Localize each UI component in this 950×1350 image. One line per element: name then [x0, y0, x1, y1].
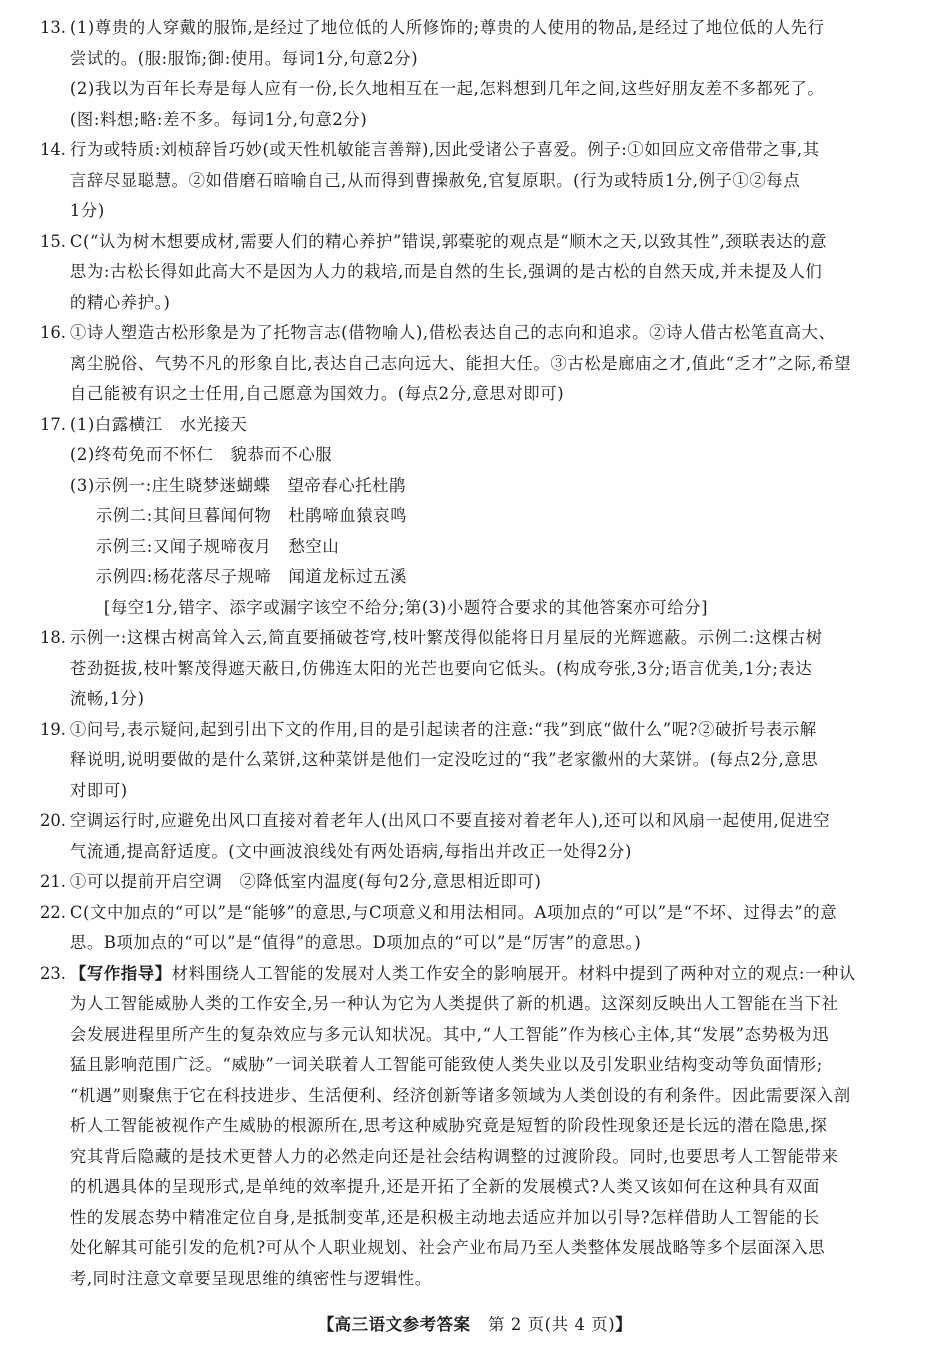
answer-text: 示例二:其间旦暮闻何物 杜鹃啼血猿哀鸣 — [96, 506, 407, 525]
answer-line: 19.①问号,表示疑问,起到引出下文的作用,目的是引起读者的注意:“我”到底“做… — [40, 715, 908, 746]
answer-line: 思。B项加点的“可以”是“值得”的意思。D项加点的“可以”是“厉害”的意思。) — [40, 928, 908, 959]
answer-line: (3)示例一:庄生晓梦迷蝴蝶 望帝春心托杜鹃 — [40, 471, 908, 502]
answer-text: 示例三:又闻子规啼夜月 愁空山 — [96, 537, 339, 556]
answer-line: 14.行为或特质:刘桢辞旨巧妙(或天性机敏能言善辩),因此受诸公子喜爱。例子:①… — [40, 135, 908, 166]
answer-text: 的机遇具体的呈现形式,是单纯的效率提升,还是开拓了全新的发展模式?人类又该如何在… — [70, 1177, 820, 1196]
answer-text: 究其背后隐藏的是技术更替人力的必然走向还是社会结构调整的过渡阶段。同时,也要思考… — [70, 1147, 839, 1166]
answer-line: 17.(1)白露横江 水光接天 — [40, 410, 908, 441]
answer-item: 14.行为或特质:刘桢辞旨巧妙(或天性机敏能言善辩),因此受诸公子喜爱。例子:①… — [40, 135, 910, 227]
answer-text: 处化解其可能引发的危机?可从个人职业规划、社会产业布局乃至人类整体发展战略等多个… — [70, 1238, 825, 1257]
answer-text: ①诗人塑造古松形象是为了托物言志(借物喻人),借松表达自己的志向和追求。②诗人借… — [70, 323, 836, 342]
answer-text: ①问号,表示疑问,起到引出下文的作用,目的是引起读者的注意:“我”到底“做什么”… — [70, 720, 817, 739]
answer-text: 会发展进程里所产生的复杂效应与多元认知状况。其中,“人工智能”作为核心主体,其“… — [70, 1025, 829, 1044]
question-number: 17. — [40, 410, 70, 441]
question-number: 18. — [40, 623, 70, 654]
answer-text: 对即可) — [70, 781, 128, 800]
answer-line: 离尘脱俗、气势不凡的形象自比,表达自己志向远大、能担大任。③古松是廊庙之才,值此… — [40, 349, 908, 380]
answer-text: 材料围绕人工智能的发展对人类工作安全的影响展开。材料中提到了两种对立的观点:一种… — [172, 964, 856, 983]
answer-line: 1分) — [40, 196, 908, 227]
answer-list: 13.(1)尊贵的人穿戴的服饰,是经过了地位低的人所修饰的;尊贵的人使用的物品,… — [40, 13, 910, 1294]
answer-item: 13.(1)尊贵的人穿戴的服饰,是经过了地位低的人所修饰的;尊贵的人使用的物品,… — [40, 13, 910, 135]
answer-line: 猛且影响范围广泛。“威胁”一词关联着人工智能可能致使人类失业以及引发职业结构变动… — [40, 1050, 908, 1081]
answer-text: 1分) — [70, 201, 105, 220]
answer-line: 考,同时注意文章要呈现思维的缜密性与逻辑性。 — [40, 1264, 908, 1295]
answer-text: “机遇”则聚焦于它在科技进步、生活便利、经济创新等诸多领域为人类创设的有利条件。… — [70, 1086, 851, 1105]
answer-text: C(文中加点的“可以”是“能够”的意思,与C项意义和用法相同。A项加点的“可以”… — [70, 903, 837, 922]
answer-text: ①可以提前开启空调 ②降低室内温度(每句2分,意思相近即可) — [70, 872, 542, 891]
answer-line: 的精心养护。) — [40, 288, 908, 319]
answer-line: 为人工智能威胁人类的工作安全,另一种认为它为人类提供了新的机遇。这深刻反映出人工… — [40, 989, 908, 1020]
answer-line: 言辞尽显聪慧。②如借磨石暗喻自己,从而得到曹操赦免,官复原职。(行为或特质1分,… — [40, 166, 908, 197]
answer-text: 猛且影响范围广泛。“威胁”一词关联着人工智能可能致使人类失业以及引发职业结构变动… — [70, 1055, 823, 1074]
answer-line: (2)终苟免而不怀仁 貌恭而不心服 — [40, 440, 908, 471]
answer-text: (1)尊贵的人穿戴的服饰,是经过了地位低的人所修饰的;尊贵的人使用的物品,是经过… — [70, 18, 825, 37]
answer-line: 21.①可以提前开启空调 ②降低室内温度(每句2分,意思相近即可) — [40, 867, 908, 898]
answer-text: 思为:古松长得如此高大不是因为人力的栽培,而是自然的生长,强调的是古松的自然天成… — [70, 262, 822, 281]
answer-line: [每空1分,错字、添字或漏字该空不给分;第(3)小题符合要求的其他答案亦可给分] — [40, 593, 908, 624]
answer-key-page: 13.(1)尊贵的人穿戴的服饰,是经过了地位低的人所修饰的;尊贵的人使用的物品,… — [0, 0, 950, 1350]
answer-line: 22.C(文中加点的“可以”是“能够”的意思,与C项意义和用法相同。A项加点的“… — [40, 898, 908, 929]
answer-text: 析人工智能被视作产生威胁的根源所在,思考这种威胁究竟是短暂的阶段性现象还是长远的… — [70, 1116, 827, 1135]
answer-item: 23.【写作指导】材料围绕人工智能的发展对人类工作安全的影响展开。材料中提到了两… — [40, 959, 910, 1295]
answer-item: 17.(1)白露横江 水光接天(2)终苟免而不怀仁 貌恭而不心服(3)示例一:庄… — [40, 410, 910, 624]
answer-item: 19.①问号,表示疑问,起到引出下文的作用,目的是引起读者的注意:“我”到底“做… — [40, 715, 910, 807]
answer-text: (2)终苟免而不怀仁 貌恭而不心服 — [70, 445, 332, 464]
answer-text: 释说明,说明要做的是什么菜饼,这种菜饼是他们一定没吃过的“我”老家徽州的大菜饼。… — [70, 750, 818, 769]
answer-line: 性的发展态势中精准定位自身,是抵制变革,还是积极主动地去适应并加以引导?怎样借助… — [40, 1203, 908, 1234]
answer-text: (2)我以为百年长寿是每人应有一份,长久地相互在一起,怎料想到几年之间,这些好朋… — [70, 79, 824, 98]
answer-text: 示例一:这棵古树高耸入云,简直要捅破苍穹,枝叶繁茂得似能将日月星辰的光辉遮蔽。示… — [70, 628, 823, 647]
answer-line: 对即可) — [40, 776, 908, 807]
answer-line: 示例三:又闻子规啼夜月 愁空山 — [40, 532, 908, 563]
answer-text: 尝试的。(服:服饰;御:使用。每词1分,句意2分) — [70, 49, 418, 68]
answer-line: 自己能被有识之士任用,自己愿意为国效力。(每点2分,意思对即可) — [40, 379, 908, 410]
answer-item: 21.①可以提前开启空调 ②降低室内温度(每句2分,意思相近即可) — [40, 867, 910, 898]
answer-line: 15.C(“认为树木想要成材,需要人们的精心养护”错误,郭橐驼的观点是“顺木之天… — [40, 227, 908, 258]
answer-line: 会发展进程里所产生的复杂效应与多元认知状况。其中,“人工智能”作为核心主体,其“… — [40, 1020, 908, 1051]
question-number: 16. — [40, 318, 70, 349]
answer-text: 言辞尽显聪慧。②如借磨石暗喻自己,从而得到曹操赦免,官复原职。(行为或特质1分,… — [70, 171, 800, 190]
answer-line: 苍劲挺拔,枝叶繁茂得遮天蔽日,仿佛连太阳的光芒也要向它低头。(构成夸张,3分;语… — [40, 654, 908, 685]
answer-text: 行为或特质:刘桢辞旨巧妙(或天性机敏能言善辩),因此受诸公子喜爱。例子:①如回应… — [70, 140, 820, 159]
answer-line: 释说明,说明要做的是什么菜饼,这种菜饼是他们一定没吃过的“我”老家徽州的大菜饼。… — [40, 745, 908, 776]
answer-line: 20.空调运行时,应避免出风口直接对着老年人(出风口不要直接对着老年人),还可以… — [40, 806, 908, 837]
answer-item: 22.C(文中加点的“可以”是“能够”的意思,与C项意义和用法相同。A项加点的“… — [40, 898, 910, 959]
answer-text: 为人工智能威胁人类的工作安全,另一种认为它为人类提供了新的机遇。这深刻反映出人工… — [70, 994, 839, 1013]
answer-item: 15.C(“认为树木想要成材,需要人们的精心养护”错误,郭橐驼的观点是“顺木之天… — [40, 227, 910, 319]
question-number: 23. — [40, 959, 70, 990]
footer-title: 【高三语文参考答案 — [318, 1315, 471, 1334]
answer-line: 思为:古松长得如此高大不是因为人力的栽培,而是自然的生长,强调的是古松的自然天成… — [40, 257, 908, 288]
answer-text: 自己能被有识之士任用,自己愿意为国效力。(每点2分,意思对即可) — [70, 384, 564, 403]
page-footer: 【高三语文参考答案 第 2 页(共 4 页)】 — [0, 1310, 950, 1340]
answer-line: 析人工智能被视作产生威胁的根源所在,思考这种威胁究竟是短暂的阶段性现象还是长远的… — [40, 1111, 908, 1142]
answer-text: [每空1分,错字、添字或漏字该空不给分;第(3)小题符合要求的其他答案亦可给分] — [104, 598, 708, 617]
answer-line: 示例二:其间旦暮闻何物 杜鹃啼血猿哀鸣 — [40, 501, 908, 532]
answer-text: 流畅,1分) — [70, 689, 145, 708]
answer-line: 13.(1)尊贵的人穿戴的服饰,是经过了地位低的人所修饰的;尊贵的人使用的物品,… — [40, 13, 908, 44]
answer-line: 流畅,1分) — [40, 684, 908, 715]
question-number: 21. — [40, 867, 70, 898]
answer-text: (1)白露横江 水光接天 — [70, 415, 248, 434]
answer-text: (3)示例一:庄生晓梦迷蝴蝶 望帝春心托杜鹃 — [70, 476, 406, 495]
answer-text: 的精心养护。) — [70, 293, 171, 312]
answer-text: (图:料想;略:差不多。每词1分,句意2分) — [70, 110, 367, 129]
answer-text: C(“认为树木想要成材,需要人们的精心养护”错误,郭橐驼的观点是“顺木之天,以致… — [70, 232, 827, 251]
answer-text: 空调运行时,应避免出风口直接对着老年人(出风口不要直接对着老年人),还可以和风扇… — [70, 811, 830, 830]
answer-line: 尝试的。(服:服饰;御:使用。每词1分,句意2分) — [40, 44, 908, 75]
answer-line: “机遇”则聚焦于它在科技进步、生活便利、经济创新等诸多领域为人类创设的有利条件。… — [40, 1081, 908, 1112]
answer-text: 考,同时注意文章要呈现思维的缜密性与逻辑性。 — [70, 1269, 432, 1288]
question-number: 22. — [40, 898, 70, 929]
footer-bracket: 】 — [615, 1315, 632, 1334]
answer-line: 究其背后隐藏的是技术更替人力的必然走向还是社会结构调整的过渡阶段。同时,也要思考… — [40, 1142, 908, 1173]
answer-text: 思。B项加点的“可以”是“值得”的意思。D项加点的“可以”是“厉害”的意思。) — [70, 933, 641, 952]
answer-item: 16.①诗人塑造古松形象是为了托物言志(借物喻人),借松表达自己的志向和追求。②… — [40, 318, 910, 410]
footer-page-info: 第 2 页(共 4 页) — [488, 1315, 615, 1334]
answer-line: 处化解其可能引发的危机?可从个人职业规划、社会产业布局乃至人类整体发展战略等多个… — [40, 1233, 908, 1264]
answer-text: 离尘脱俗、气势不凡的形象自比,表达自己志向远大、能担大任。③古松是廊庙之才,值此… — [70, 354, 851, 373]
question-number: 13. — [40, 13, 70, 44]
answer-text: 示例四:杨花落尽子规啼 闻道龙标过五溪 — [96, 567, 407, 586]
answer-text: 气流通,提高舒适度。(文中画波浪线处有两处语病,每指出并改正一处得2分) — [70, 842, 632, 861]
question-number: 14. — [40, 135, 70, 166]
question-number: 15. — [40, 227, 70, 258]
answer-line: 的机遇具体的呈现形式,是单纯的效率提升,还是开拓了全新的发展模式?人类又该如何在… — [40, 1172, 908, 1203]
question-number: 19. — [40, 715, 70, 746]
answer-line: 气流通,提高舒适度。(文中画波浪线处有两处语病,每指出并改正一处得2分) — [40, 837, 908, 868]
answer-text: 性的发展态势中精准定位自身,是抵制变革,还是积极主动地去适应并加以引导?怎样借助… — [70, 1208, 820, 1227]
answer-line: (图:料想;略:差不多。每词1分,句意2分) — [40, 105, 908, 136]
answer-line: (2)我以为百年长寿是每人应有一份,长久地相互在一起,怎料想到几年之间,这些好朋… — [40, 74, 908, 105]
question-number: 20. — [40, 806, 70, 837]
answer-line: 示例四:杨花落尽子规啼 闻道龙标过五溪 — [40, 562, 908, 593]
answer-line: 23.【写作指导】材料围绕人工智能的发展对人类工作安全的影响展开。材料中提到了两… — [40, 959, 908, 990]
answer-line: 16.①诗人塑造古松形象是为了托物言志(借物喻人),借松表达自己的志向和追求。②… — [40, 318, 908, 349]
answer-item: 20.空调运行时,应避免出风口直接对着老年人(出风口不要直接对着老年人),还可以… — [40, 806, 910, 867]
answer-item: 18.示例一:这棵古树高耸入云,简直要捅破苍穹,枝叶繁茂得似能将日月星辰的光辉遮… — [40, 623, 910, 715]
answer-line: 18.示例一:这棵古树高耸入云,简直要捅破苍穹,枝叶繁茂得似能将日月星辰的光辉遮… — [40, 623, 908, 654]
section-heading: 【写作指导】 — [70, 964, 172, 983]
answer-text: 苍劲挺拔,枝叶繁茂得遮天蔽日,仿佛连太阳的光芒也要向它低头。(构成夸张,3分;语… — [70, 659, 812, 678]
